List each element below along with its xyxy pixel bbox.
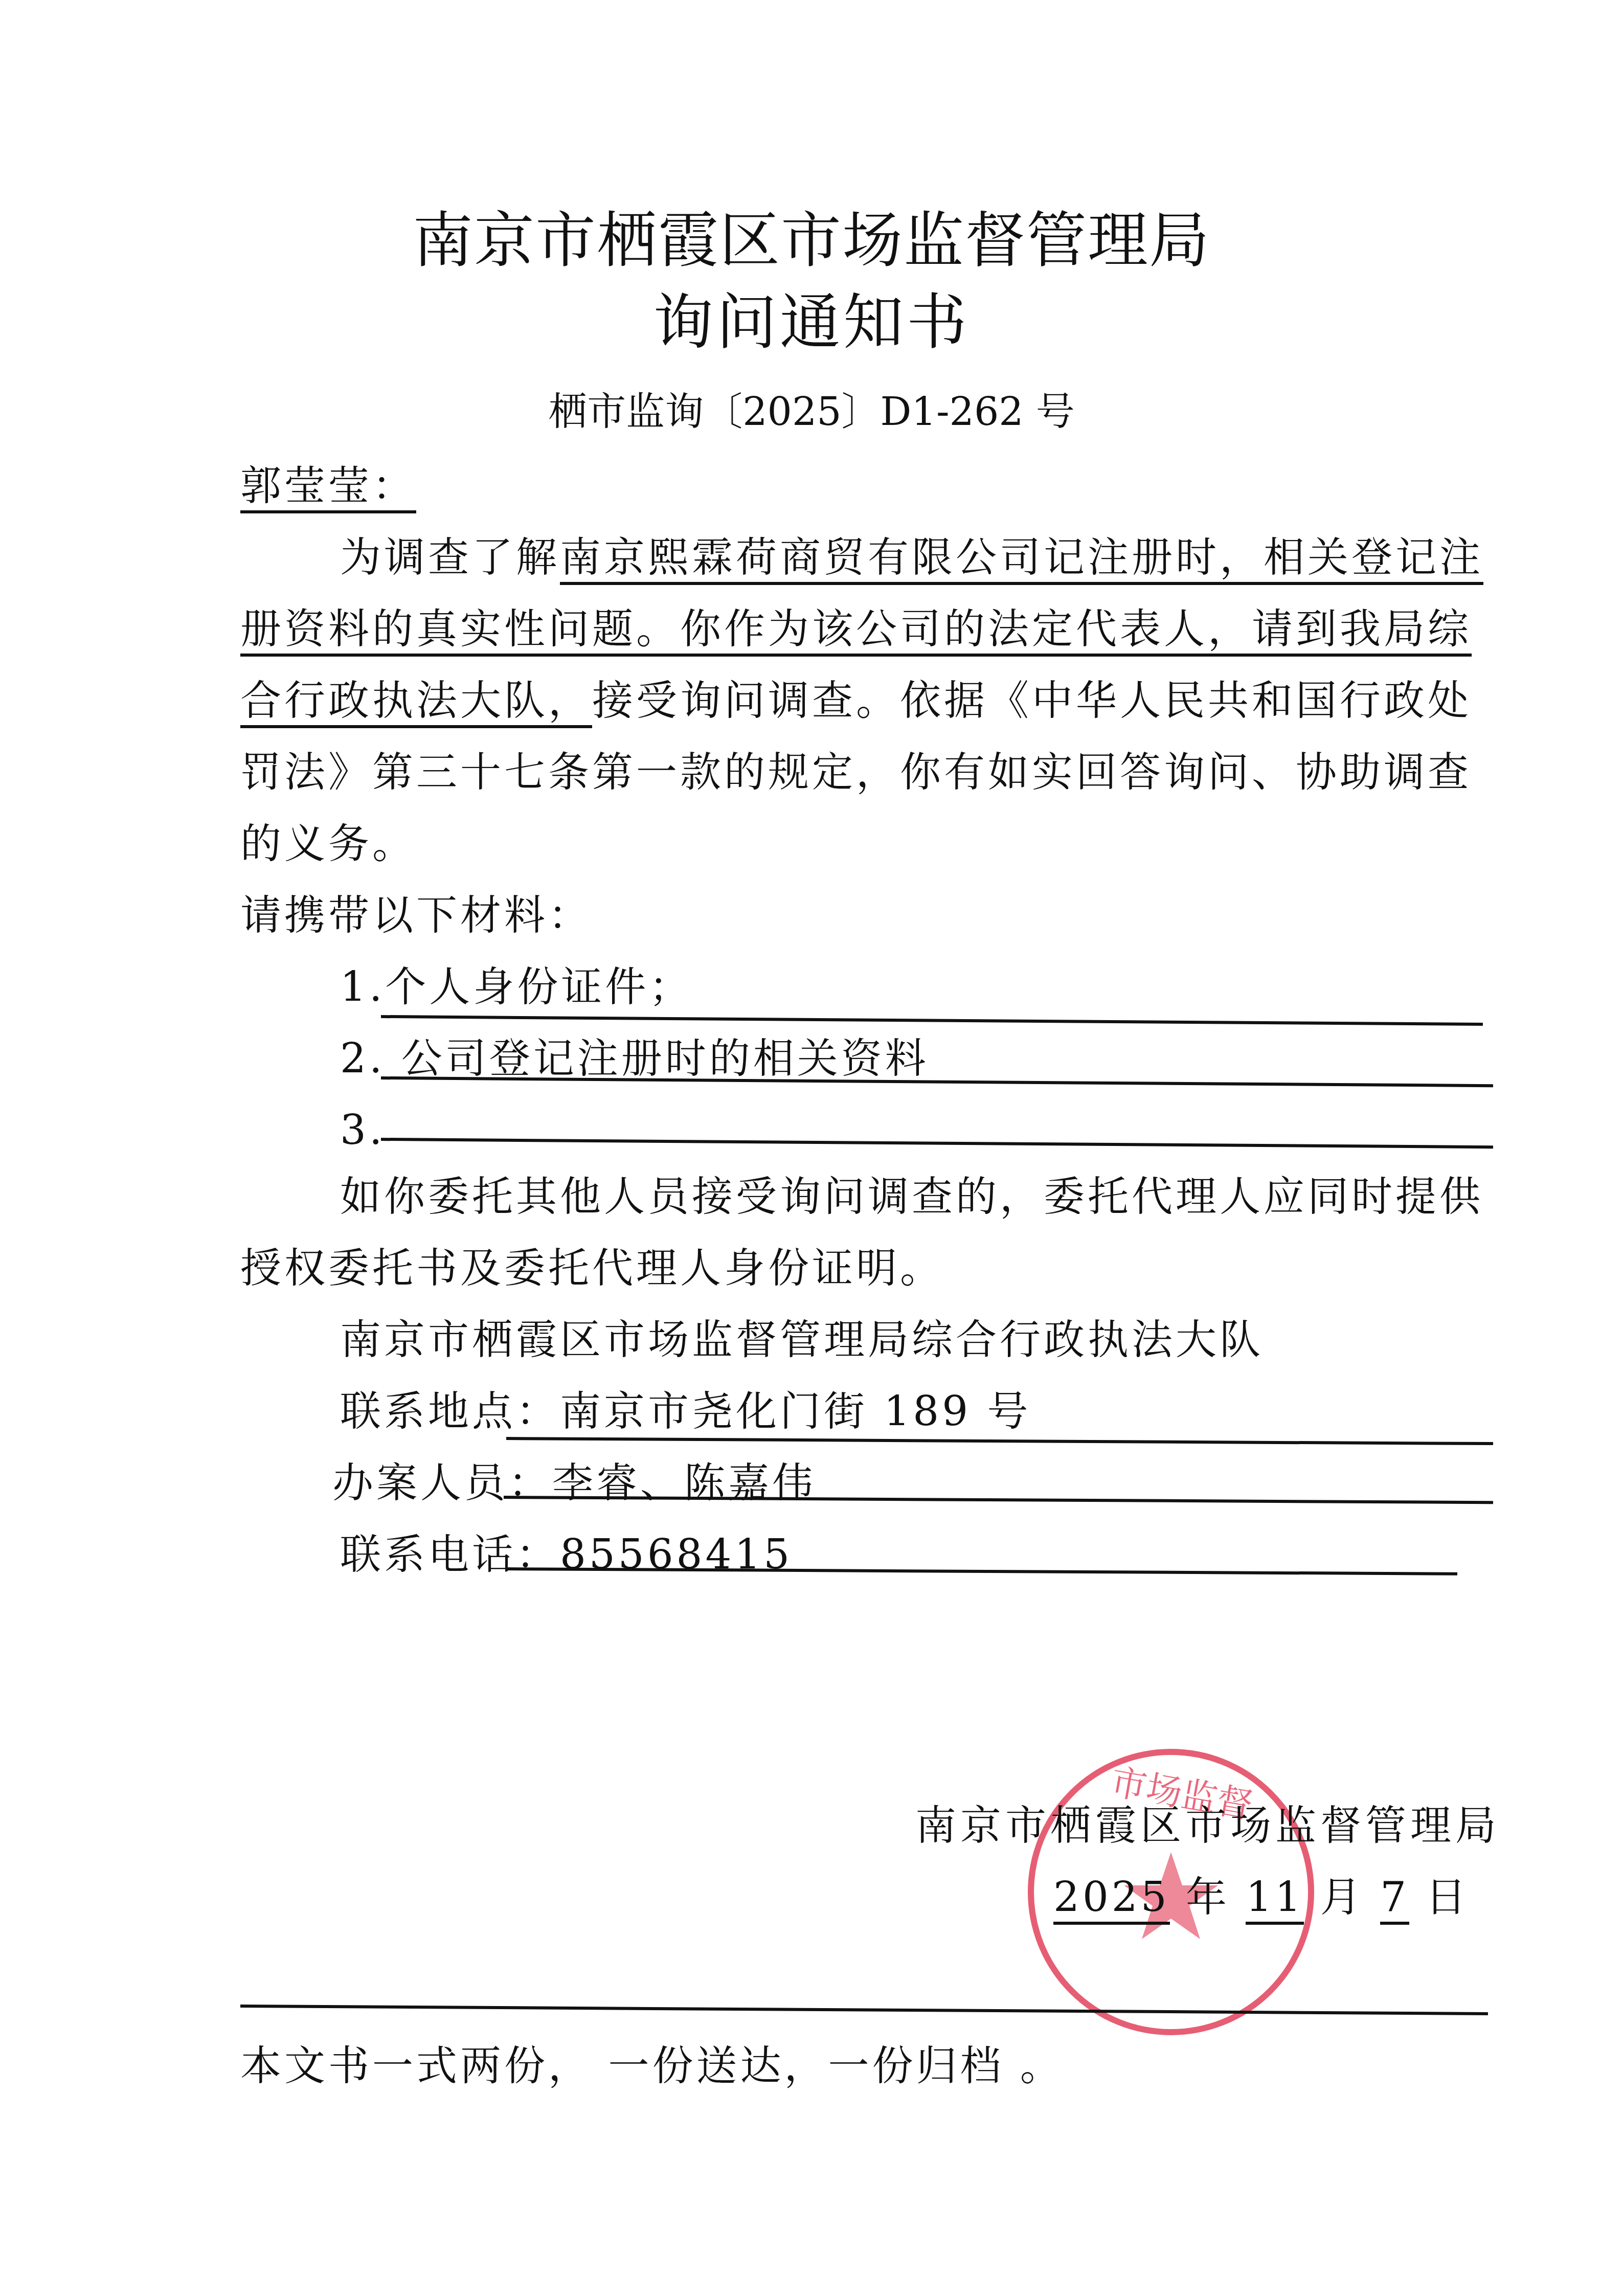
- material-text: 公司登记注册时的相关资料: [385, 1034, 929, 1082]
- material-num: 2.: [340, 1034, 385, 1082]
- signing-agency: 南京市栖霞区市场监督管理局: [915, 1800, 1500, 1851]
- para1-prefix: 为调查了解: [340, 533, 560, 581]
- officers-label: 办案人员：: [332, 1459, 552, 1506]
- addressee-name: 郭莹莹：: [240, 462, 416, 513]
- material-item-1: 1.个人身份证件；: [340, 961, 693, 1012]
- address-label: 联系地点：: [340, 1387, 560, 1435]
- para1-line3-rest: 接受询问调查。依据《中华人民共和国行政处: [592, 677, 1472, 724]
- contact-unit: 南京市栖霞区市场监督管理局综合行政执法大队: [340, 1314, 1264, 1365]
- date-month: 11: [1246, 1873, 1304, 1925]
- material-item-3: 3.: [340, 1105, 385, 1156]
- materials-heading: 请携带以下材料：: [240, 890, 592, 941]
- material-text: 个人身份证件；: [385, 963, 693, 1010]
- material-1-underline: [381, 1015, 1483, 1026]
- material-num: 1.: [340, 963, 385, 1010]
- para1-line2: 册资料的真实性问题。你作为该公司的法定代表人，请到我局综: [240, 603, 1472, 655]
- para1-line3: 合行政执法大队，接受询问调查。依据《中华人民共和国行政处: [240, 675, 1472, 726]
- material-num: 3.: [340, 1106, 385, 1154]
- para1-line1: 为调查了解南京熙霖荷商贸有限公司记注册时，相关登记注: [340, 532, 1483, 583]
- date-day-unit: 日: [1425, 1873, 1469, 1921]
- footer-note: 本文书一式两份， 一份送达，一份归档 。: [240, 2040, 1064, 2091]
- date-month-unit: 月: [1320, 1873, 1364, 1921]
- material-3-underline: [381, 1138, 1493, 1149]
- addressee: 郭莹莹：: [240, 460, 416, 511]
- phone-label: 联系电话：: [340, 1530, 560, 1578]
- date-year: 2025: [1053, 1873, 1170, 1925]
- contact-phone: 联系电话：85568415: [340, 1529, 793, 1580]
- para2-line1: 如你委托其他人员接受询问调查的，委托代理人应同时提供: [340, 1171, 1483, 1222]
- contact-officers: 办案人员：李睿、陈嘉伟: [332, 1457, 816, 1509]
- para1-line5: 的义务。: [240, 818, 416, 869]
- company-subject: 南京熙霖荷商贸有限公司记注册时，相关登记注: [560, 533, 1483, 585]
- issue-date: 2025 年 11 月 7 日: [1053, 1872, 1469, 1923]
- address-underline: [506, 1437, 1493, 1445]
- document-page: 南京市栖霞区市场监督管理局 询问通知书 栖市监询〔2025〕D1-262 号 郭…: [0, 0, 1623, 2296]
- agency-title: 南京市栖霞区市场监督管理局: [0, 205, 1623, 276]
- document-title: 询问通知书: [0, 286, 1623, 358]
- para2-line2: 授权委托书及委托代理人身份证明。: [240, 1243, 944, 1294]
- date-year-unit: 年: [1186, 1873, 1230, 1921]
- contact-address: 联系地点：南京市尧化门街 189 号: [340, 1386, 1031, 1437]
- para1-line4: 罚法》第三十七条第一款的规定，你有如实回答询问、协助调查: [240, 747, 1472, 798]
- date-day: 7: [1380, 1873, 1409, 1925]
- enforcement-unit: 合行政执法大队，: [240, 677, 592, 728]
- address-value: 南京市尧化门街 189 号: [560, 1387, 1031, 1435]
- document-number: 栖市监询〔2025〕D1-262 号: [0, 386, 1623, 437]
- para1-line2-text: 册资料的真实性问题。你作为该公司的法定代表人，请到我局综: [240, 605, 1472, 657]
- footer-divider: [240, 2005, 1488, 2015]
